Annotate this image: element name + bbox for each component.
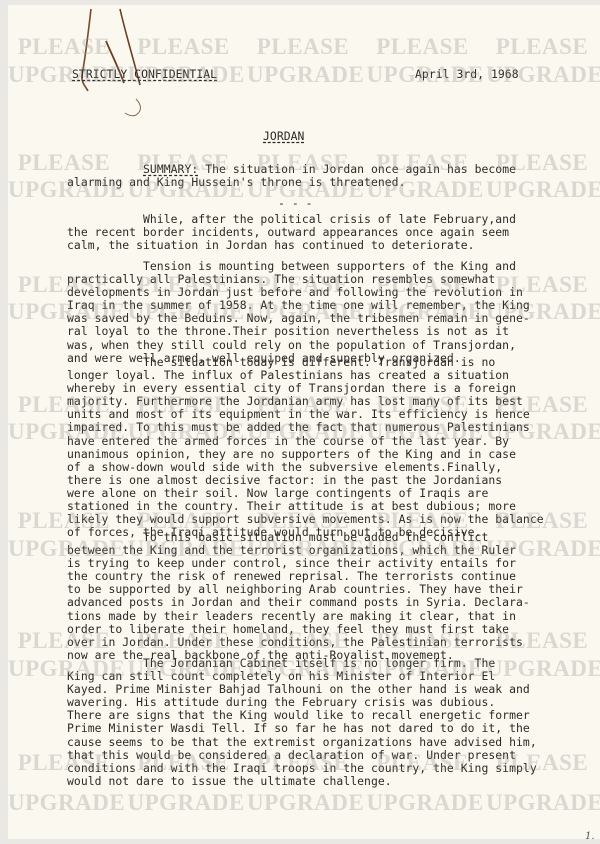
text-line: cause seems to be that the extremist org… [67, 736, 587, 749]
summary: SUMMARY: The situation in Jordan once ag… [67, 163, 587, 189]
page-number-mark: 1. [585, 831, 595, 839]
text-line: ral loyal to the throne.Their position n… [67, 325, 587, 338]
text-line: was, when they still could rely on the p… [67, 339, 587, 352]
text-line: conditions and with the Iraqi troops in … [67, 762, 587, 775]
classification-label: STRICTLY CONFIDENTIAL [72, 68, 217, 81]
separator: - - - [278, 197, 313, 210]
paragraph-1: While, after the political crisis of lat… [67, 213, 587, 252]
summary-line-2: alarming and King Hussein's throne is th… [67, 176, 587, 189]
text-line: calm, the situation in Jordan has contin… [67, 239, 587, 252]
paragraph-3: The situation today is different. Transj… [67, 356, 587, 539]
document-title: JORDAN [263, 130, 304, 143]
text-line: Prime Minister Wasdi Tell. If so far he … [67, 722, 587, 735]
text-line: there is one almost decisive factor: in … [67, 474, 587, 487]
text-line: would not dare to issue the ultimate cha… [67, 775, 587, 788]
text-line: tions made by their leaders recently are… [67, 610, 587, 623]
text-line: order to liberate their homeland, they f… [67, 623, 587, 636]
document-page: STRICTLY CONFIDENTIAL April 3rd, 1968 JO… [8, 5, 600, 839]
text-line: unanimous opinion, they are no supporter… [67, 448, 587, 461]
paragraph-5: The Jordanian Cabinet itself is no longe… [67, 657, 587, 788]
paragraph-2: Tension is mounting between supporters o… [67, 260, 587, 365]
paragraph-4: To this basic situation must be added th… [67, 531, 587, 662]
text-line: over in Jordan. Under these conditions, … [67, 636, 587, 649]
text-line: impaired. To this must be added the fact… [67, 421, 587, 434]
text-line: of a show-down would side with the subve… [67, 461, 587, 474]
text-line: have entered the armed forces in the cou… [67, 435, 587, 448]
text-line: advanced posts in Jordan and their comma… [67, 596, 587, 609]
text-line: that this would be considered a declarat… [67, 749, 587, 762]
document-date: April 3rd, 1968 [415, 68, 519, 81]
